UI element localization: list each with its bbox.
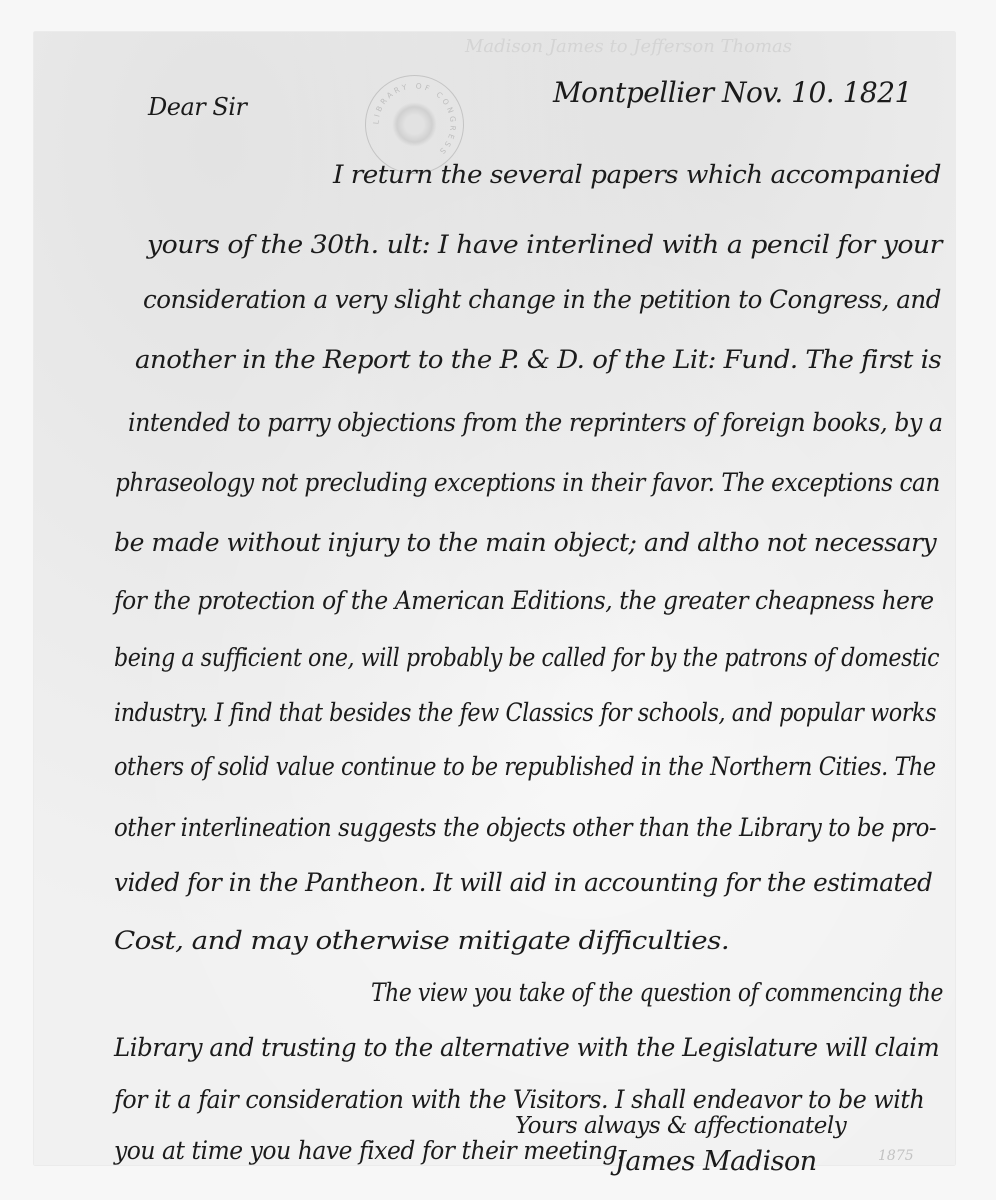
letter-line: for the protection of the American Editi… bbox=[114, 586, 934, 615]
letter-line: you at time you have fixed for their mee… bbox=[114, 1136, 624, 1165]
signature: James Madison bbox=[615, 1146, 817, 1177]
letter-line: another in the Report to the P. & D. of … bbox=[135, 345, 941, 374]
letter-line: others of solid value continue to be rep… bbox=[114, 752, 936, 781]
letter-line: other interlineation suggests the object… bbox=[114, 813, 936, 842]
letter-line: phraseology not precluding exceptions in… bbox=[115, 468, 940, 497]
letter-line: industry. I find that besides the few Cl… bbox=[114, 698, 936, 727]
letter-line: Cost, and may otherwise mitigate difficu… bbox=[114, 926, 729, 955]
letter-line: for it a fair consideration with the Vis… bbox=[114, 1085, 924, 1114]
dateline: Montpellier Nov. 10. 1821 bbox=[553, 76, 912, 109]
archive-note: Madison James to Jefferson Thomas bbox=[465, 36, 792, 57]
folio-number: 1875 bbox=[878, 1148, 914, 1164]
letter-line: vided for in the Pantheon. It will aid i… bbox=[114, 868, 932, 897]
letter-line: be made without injury to the main objec… bbox=[114, 528, 936, 557]
letter-line: Library and trusting to the alternative … bbox=[114, 1033, 939, 1062]
letter-line: The view you take of the question of com… bbox=[371, 978, 943, 1007]
letter-line: consideration a very slight change in th… bbox=[143, 285, 941, 314]
letter-line: being a sufficient one, will probably be… bbox=[114, 643, 939, 672]
closing: Yours always & affectionately bbox=[515, 1113, 846, 1139]
eagle-icon bbox=[392, 102, 437, 147]
letter-line: yours of the 30th. ult: I have interline… bbox=[147, 230, 942, 259]
letter-line: intended to parry objections from the re… bbox=[128, 408, 943, 437]
salutation: Dear Sir bbox=[148, 93, 246, 121]
letter-line: I return the several papers which accomp… bbox=[333, 160, 941, 189]
